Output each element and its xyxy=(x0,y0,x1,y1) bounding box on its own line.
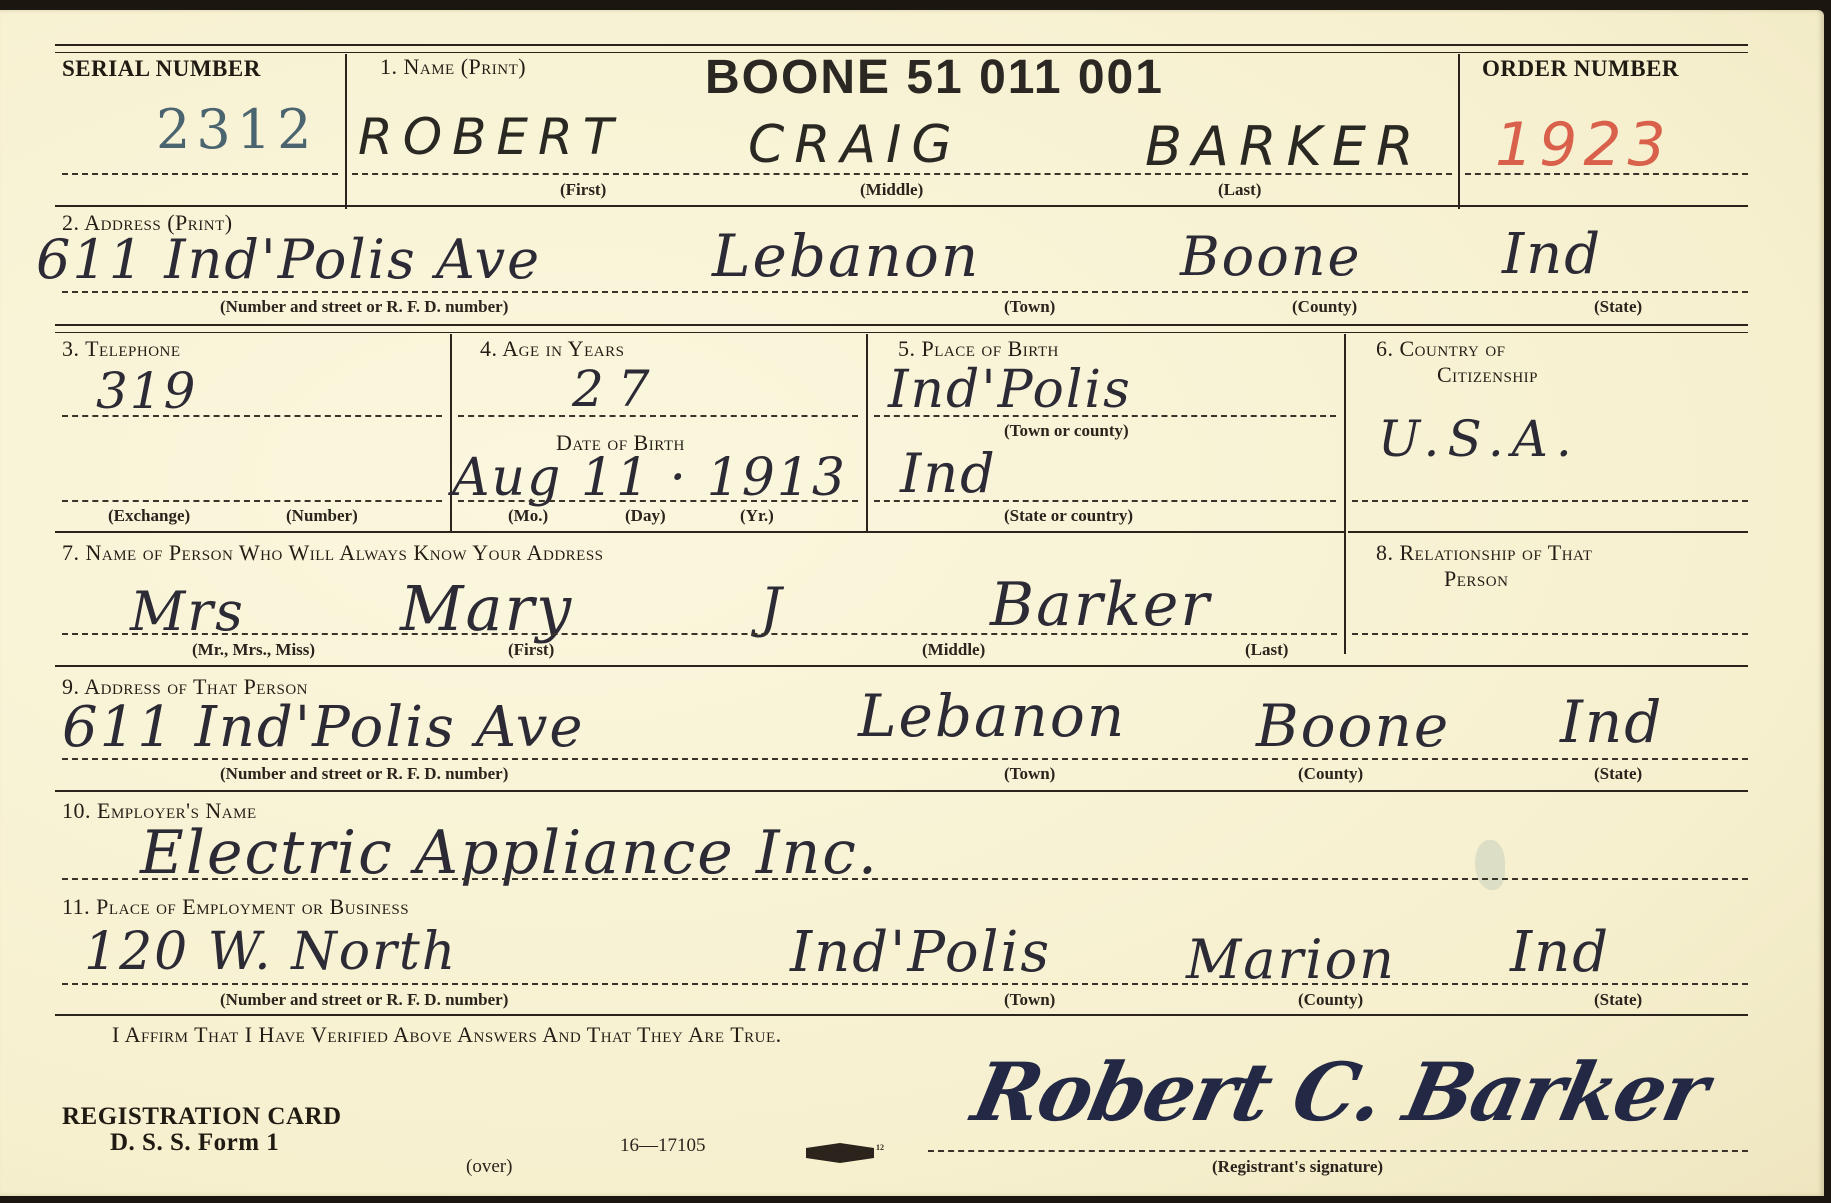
contact-address-underline xyxy=(62,758,1748,760)
contact-person-label: 7. Name of Person Who Will Always Know Y… xyxy=(62,540,604,566)
address-town-caption: (Town) xyxy=(1004,297,1055,317)
name-underline xyxy=(352,173,1452,175)
row-rule xyxy=(55,1014,1748,1016)
serial-number-value: 2312 xyxy=(156,98,317,161)
contact-state-caption: (State) xyxy=(1594,764,1642,784)
dob-underline xyxy=(458,500,858,502)
employment-place-label: 11. Place of Employment or Business xyxy=(62,894,409,920)
contact-last-value: Barker xyxy=(990,570,1211,640)
contact-street-value: 611 Ind'Polis Ave xyxy=(62,695,585,760)
divider xyxy=(866,334,868,532)
contact-middle-value: J xyxy=(760,576,784,639)
top-rule xyxy=(55,44,1748,46)
contact-town-value: Lebanon xyxy=(858,682,1126,750)
address-county-value: Boone xyxy=(1180,225,1361,288)
union-bug-suffix: 12 xyxy=(876,1143,884,1152)
contact-underline xyxy=(62,633,1337,635)
citizenship-value: U.S.A. xyxy=(1378,410,1580,468)
birth-town-value: Ind'Polis xyxy=(888,360,1132,420)
serial-underline xyxy=(62,173,338,175)
employment-street-value: 120 W. North xyxy=(84,922,457,982)
contact-first-caption: (First) xyxy=(508,640,554,660)
employment-state-caption: (State) xyxy=(1594,990,1642,1010)
form-name: D. S. S. Form 1 xyxy=(110,1129,279,1157)
employment-town-caption: (Town) xyxy=(1004,990,1055,1010)
place-of-birth-label: 5. Place of Birth xyxy=(898,336,1059,362)
birth-state-underline xyxy=(874,500,1336,502)
telephone-value: 319 xyxy=(96,362,197,420)
contact-town-caption: (Town) xyxy=(1004,764,1055,784)
contact-middle-caption: (Middle) xyxy=(922,640,985,660)
name-last-caption: (Last) xyxy=(1218,180,1261,200)
contact-state-value: Ind xyxy=(1560,688,1663,756)
dob-year-caption: (Yr.) xyxy=(740,506,774,526)
citizenship-label-2: Citizenship xyxy=(1437,362,1538,388)
birth-state-value: Ind xyxy=(900,442,997,505)
contact-last-caption: (Last) xyxy=(1245,640,1288,660)
name-label: 1. Name (Print) xyxy=(380,54,526,80)
employment-county-value: Marion xyxy=(1186,928,1396,991)
birth-state-caption: (State or country) xyxy=(1004,506,1133,526)
relationship-label-2: Person xyxy=(1444,566,1508,592)
citizenship-underline xyxy=(1352,500,1748,502)
age-value: 27 xyxy=(572,360,664,418)
affirmation-text: I Affirm That I Have Verified Above Answ… xyxy=(112,1022,782,1048)
order-number-value: 1923 xyxy=(1495,110,1672,180)
signature-underline xyxy=(928,1150,1748,1152)
relationship-label: 8. Relationship of That xyxy=(1376,540,1592,566)
registration-card: SERIAL NUMBER 2312 1. Name (Print) BOONE… xyxy=(0,10,1824,1196)
telephone-underline-2 xyxy=(62,500,442,502)
contact-title-caption: (Mr., Mrs., Miss) xyxy=(192,640,315,660)
row-rule-inner xyxy=(55,332,1748,333)
employment-underline xyxy=(62,983,1748,985)
employment-county-caption: (County) xyxy=(1298,990,1363,1010)
contact-street-caption: (Number and street or R. F. D. number) xyxy=(220,764,508,784)
row-rule xyxy=(1348,531,1748,533)
name-first-caption: (First) xyxy=(560,180,606,200)
name-middle-value: CRAIG xyxy=(748,115,962,175)
card-title: REGISTRATION CARD xyxy=(62,1103,342,1131)
row-rule xyxy=(55,665,1748,667)
contact-county-caption: (County) xyxy=(1298,764,1363,784)
address-county-caption: (County) xyxy=(1292,297,1357,317)
dob-month-caption: (Mo.) xyxy=(508,506,548,526)
name-last-value: BARKER xyxy=(1145,115,1424,178)
age-underline xyxy=(458,415,858,417)
citizenship-label: 6. Country of xyxy=(1376,336,1506,362)
row-rule xyxy=(55,531,1345,533)
employment-street-caption: (Number and street or R. F. D. number) xyxy=(220,990,508,1010)
address-state-caption: (State) xyxy=(1594,297,1642,317)
address-street-value: 611 Ind'Polis Ave xyxy=(36,228,541,291)
union-bug-icon xyxy=(806,1143,874,1163)
telephone-number-caption: (Number) xyxy=(286,506,358,526)
address-underline xyxy=(62,291,1748,293)
address-state-value: Ind xyxy=(1502,222,1602,287)
divider xyxy=(345,54,347,209)
divider xyxy=(1344,334,1346,654)
employment-state-value: Ind xyxy=(1510,920,1610,985)
telephone-underline xyxy=(62,415,442,417)
local-board-stamp: BOONE 51 011 001 xyxy=(705,50,1164,105)
order-underline xyxy=(1465,173,1748,175)
employer-underline xyxy=(62,878,1748,880)
ink-blot xyxy=(1475,840,1505,890)
registrant-signature: Robert C. Barker xyxy=(965,1045,1715,1139)
row-rule xyxy=(55,205,1748,207)
birth-town-caption: (Town or county) xyxy=(1004,421,1129,441)
name-middle-caption: (Middle) xyxy=(860,180,923,200)
telephone-label: 3. Telephone xyxy=(62,336,181,362)
name-first-value: ROBERT xyxy=(358,108,623,166)
order-number-label: ORDER NUMBER xyxy=(1482,56,1679,82)
over-note: (over) xyxy=(466,1156,512,1178)
signature-caption: (Registrant's signature) xyxy=(1212,1157,1383,1177)
telephone-exchange-caption: (Exchange) xyxy=(108,506,190,526)
divider xyxy=(1458,54,1460,209)
serial-number-label: SERIAL NUMBER xyxy=(62,56,261,82)
birth-town-underline xyxy=(874,415,1336,417)
row-rule xyxy=(55,324,1748,326)
address-street-caption: (Number and street or R. F. D. number) xyxy=(220,297,508,317)
age-label: 4. Age in Years xyxy=(480,336,624,362)
dob-day-caption: (Day) xyxy=(625,506,666,526)
print-code: 16—17105 xyxy=(620,1135,706,1157)
employment-town-value: Ind'Polis xyxy=(790,920,1051,985)
address-town-value: Lebanon xyxy=(712,222,980,290)
row-rule xyxy=(55,790,1748,792)
contact-county-value: Boone xyxy=(1256,692,1450,760)
dob-value: Aug 11 · 1913 xyxy=(452,448,847,508)
relationship-underline xyxy=(1352,633,1748,635)
